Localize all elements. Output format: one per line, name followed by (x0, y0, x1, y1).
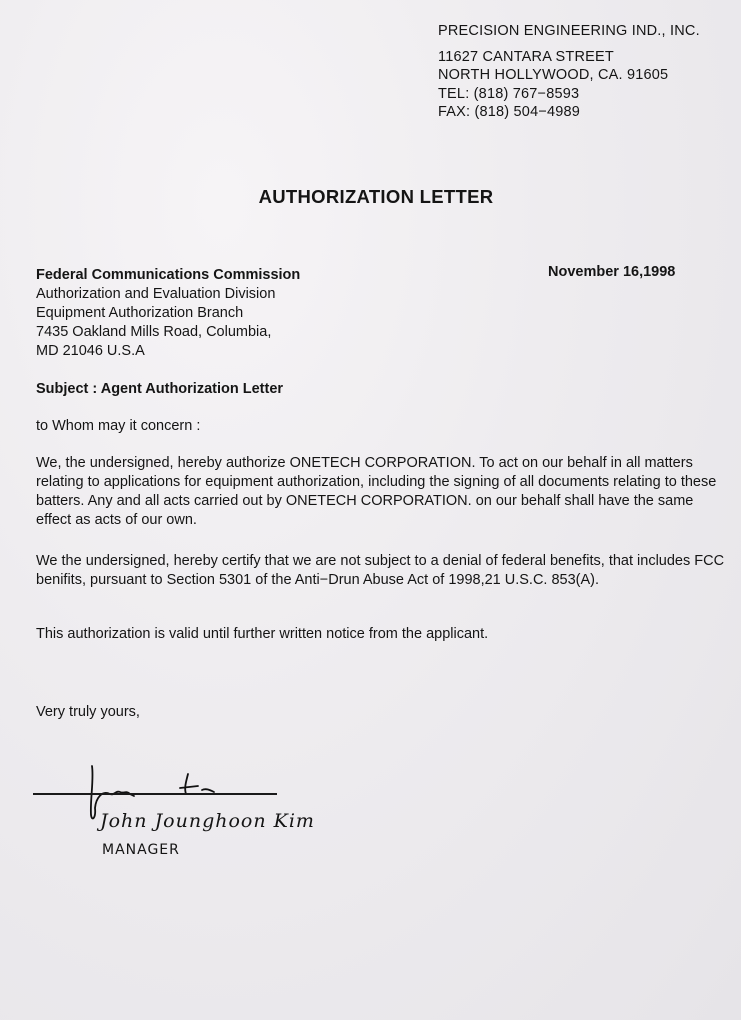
letter-title: AUTHORIZATION LETTER (0, 186, 741, 208)
recipient-line: Federal Communications Commission (36, 266, 300, 285)
company-name: PRECISION ENGINEERING IND., INC. (438, 22, 700, 41)
recipient-line: Authorization and Evaluation Division (36, 285, 300, 304)
subject-line: Subject : Agent Authorization Letter (36, 381, 283, 397)
salutation: to Whom may it concern : (36, 418, 200, 434)
fax: FAX: (818) 504−4989 (438, 103, 700, 122)
recipient-address: Federal Communications Commission Author… (36, 266, 300, 361)
signature-line (33, 793, 277, 795)
recipient-line: MD 21046 U.S.A (36, 342, 300, 361)
signatory-title: MANAGER (102, 842, 180, 858)
telephone: TEL: (818) 767−8593 (438, 85, 700, 104)
address-street: 11627 CANTARA STREET (438, 48, 700, 67)
letterhead: PRECISION ENGINEERING IND., INC. 11627 C… (438, 22, 700, 122)
paragraph-validity: This authorization is valid until furthe… (36, 625, 726, 644)
signatory-name: John Jounghoon Kim (100, 810, 315, 832)
recipient-line: 7435 Oakland Mills Road, Columbia, (36, 323, 300, 342)
closing: Very truly yours, (36, 704, 140, 720)
paragraph-certification: We the undersigned, hereby certify that … (36, 552, 726, 590)
recipient-line: Equipment Authorization Branch (36, 304, 300, 323)
letter-date: November 16,1998 (548, 264, 675, 280)
address-city: NORTH HOLLYWOOD, CA. 91605 (438, 66, 700, 85)
paragraph-authorization: We, the undersigned, hereby authorize ON… (36, 454, 726, 530)
